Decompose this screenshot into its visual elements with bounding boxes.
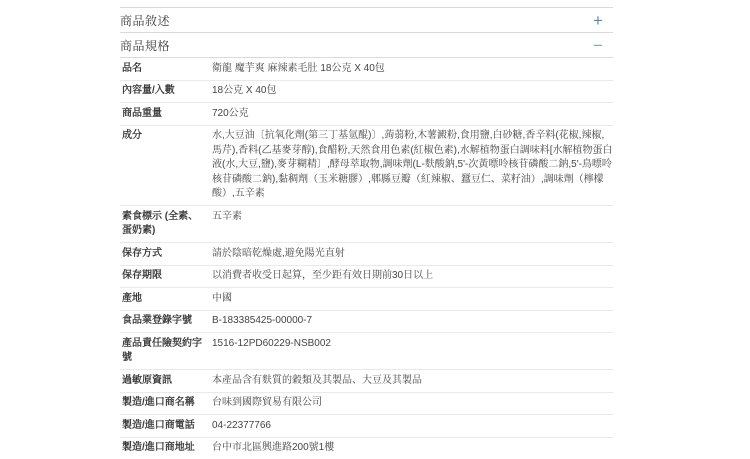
spec-value: 720公克 [212, 107, 613, 122]
product-info-panel: 商品敘述 + 商品規格 − 品名 衛龍 魔芋爽 麻辣素毛肚 18公克 X 40包… [120, 7, 613, 430]
spec-value: 水,大豆油〔抗氧化劑(第三丁基氫醌)〕,蒟蒻粉,木薯澱粉,食用鹽,白砂糖,香辛料… [212, 129, 613, 202]
spec-label: 內容量/入數 [120, 84, 212, 99]
spec-row: 產品責任險契約字號 1516-12PD60229-NSB002 [120, 332, 613, 369]
spec-label: 保存方式 [120, 247, 212, 262]
spec-row: 過敏原資訊 本產品含有麩質的穀類及其製品、大豆及其製品 [120, 369, 613, 392]
spec-label: 保存期限 [120, 269, 212, 284]
spec-label: 食品業登錄字號 [120, 314, 212, 329]
spec-row: 內容量/入數 18公克 X 40包 [120, 80, 613, 103]
spec-value: 以消費者收受日起算，至少距有效日期前30日以上 [212, 269, 613, 284]
spec-label: 品名 [120, 62, 212, 77]
expand-plus-icon[interactable]: + [589, 12, 607, 29]
spec-row: 保存期限 以消費者收受日起算，至少距有效日期前30日以上 [120, 265, 613, 288]
spec-value: 18公克 X 40包 [212, 84, 613, 99]
spec-row: 製造/進口商電話 04-22377766 [120, 414, 613, 430]
spec-value: 請於陰暗乾燥處,避免陽光直射 [212, 247, 613, 262]
section-header-description[interactable]: 商品敘述 + [120, 7, 613, 32]
spec-row: 食品業登錄字號 B-183385425-00000-7 [120, 310, 613, 333]
spec-row: 商品重量 720公克 [120, 102, 613, 125]
section-title-description: 商品敘述 [120, 12, 170, 29]
spec-label: 素食標示 (全素、蛋奶素) [120, 210, 212, 239]
spec-row: 成分 水,大豆油〔抗氧化劑(第三丁基氫醌)〕,蒟蒻粉,木薯澱粉,食用鹽,白砂糖,… [120, 125, 613, 206]
spec-value: 衛龍 魔芋爽 麻辣素毛肚 18公克 X 40包 [212, 62, 613, 77]
spec-row: 品名 衛龍 魔芋爽 麻辣素毛肚 18公克 X 40包 [120, 58, 613, 80]
spec-label: 製造/進口商名稱 [120, 396, 212, 411]
section-title-specs: 商品規格 [120, 37, 170, 54]
spec-label: 製造/進口商電話 [120, 419, 212, 431]
spec-label: 產品責任險契約字號 [120, 337, 212, 366]
spec-value: 中國 [212, 292, 613, 307]
spec-row: 素食標示 (全素、蛋奶素) 五辛素 [120, 205, 613, 242]
spec-table: 品名 衛龍 魔芋爽 麻辣素毛肚 18公克 X 40包 內容量/入數 18公克 X… [120, 57, 613, 430]
spec-row: 製造/進口商名稱 台味到國際貿易有限公司 [120, 392, 613, 415]
spec-value: 04-22377766 [212, 419, 613, 431]
section-header-specs[interactable]: 商品規格 − [120, 32, 613, 57]
collapse-minus-icon[interactable]: − [589, 37, 607, 54]
spec-value: B-183385425-00000-7 [212, 314, 613, 329]
spec-row: 產地 中國 [120, 287, 613, 310]
spec-value: 1516-12PD60229-NSB002 [212, 337, 613, 352]
spec-value: 台味到國際貿易有限公司 [212, 396, 613, 411]
spec-value: 本產品含有麩質的穀類及其製品、大豆及其製品 [212, 374, 613, 389]
spec-label: 成分 [120, 129, 212, 144]
spec-label: 商品重量 [120, 107, 212, 122]
spec-label: 過敏原資訊 [120, 374, 212, 389]
spec-value: 五辛素 [212, 210, 613, 225]
spec-row: 保存方式 請於陰暗乾燥處,避免陽光直射 [120, 242, 613, 265]
spec-label: 產地 [120, 292, 212, 307]
